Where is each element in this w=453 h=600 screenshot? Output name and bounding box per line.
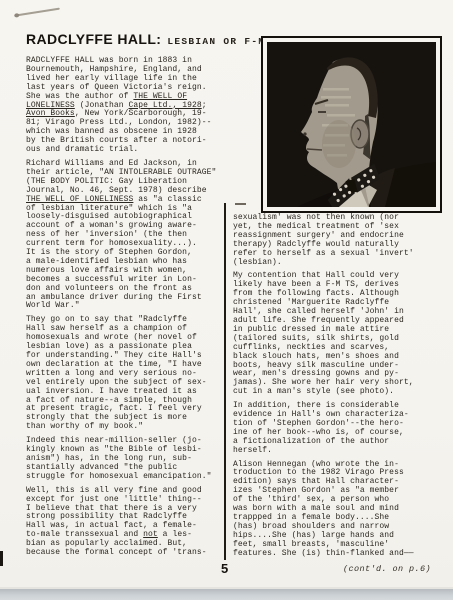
text-line: World War." — [26, 302, 226, 311]
column-divider — [224, 203, 226, 560]
scanned-page: RADCLYFFE HALL:LESBIAN OR F-M TS? — [0, 0, 453, 600]
paragraph: sexualism' was not then known (noryet, t… — [233, 214, 441, 267]
text-line: cut in a man's style (see photo). — [233, 388, 441, 397]
article-title: RADCLYFFE HALL:LESBIAN OR F-M TS? — [26, 31, 293, 49]
scratch-mark — [16, 8, 60, 17]
stray-mark — [235, 203, 246, 205]
text-line: struggle for homosexual emancipation." — [26, 473, 226, 482]
paragraph: RADCLYFFE HALL was born in 1883 inBourne… — [26, 57, 226, 155]
text-line: features. She (is) thin-flanked and—— — [233, 550, 441, 559]
paragraph: Alison Hennegan (who wrote the in-troduc… — [233, 461, 441, 559]
page-number: 5 — [221, 561, 228, 576]
text-line: than worthy of my book." — [26, 423, 226, 432]
article-title-name: RADCLYFFE HALL: — [26, 31, 161, 47]
scan-edge-band — [0, 589, 453, 600]
paragraph: My contention that Hall could verylikely… — [233, 272, 441, 397]
paragraph: Indeed this near-million-seller (jo-king… — [26, 437, 226, 482]
text-line: (lesbian). — [233, 259, 441, 268]
paragraph: Richard Williams and Ed Jackson, intheir… — [26, 160, 226, 311]
left-column: RADCLYFFE HALL was born in 1883 inBourne… — [26, 57, 226, 563]
text-line: because the formal concept of 'trans- — [26, 549, 226, 558]
paragraph: In addition, there is considerableeviden… — [233, 402, 441, 455]
portrait-photo — [267, 42, 436, 207]
text-line: ous and dramatic trial. — [26, 146, 226, 155]
text-line: herself. — [233, 447, 441, 456]
continuation-note: (cont'd. on p.6) — [233, 564, 441, 574]
right-column: sexualism' was not then known (noryet, t… — [233, 214, 441, 574]
photo-frame — [261, 36, 442, 213]
edge-mark — [0, 551, 3, 566]
paragraph: They go on to say that "RadclyffeHall sa… — [26, 316, 226, 432]
paragraph: Well, this is all very fine and goodexce… — [26, 487, 226, 558]
